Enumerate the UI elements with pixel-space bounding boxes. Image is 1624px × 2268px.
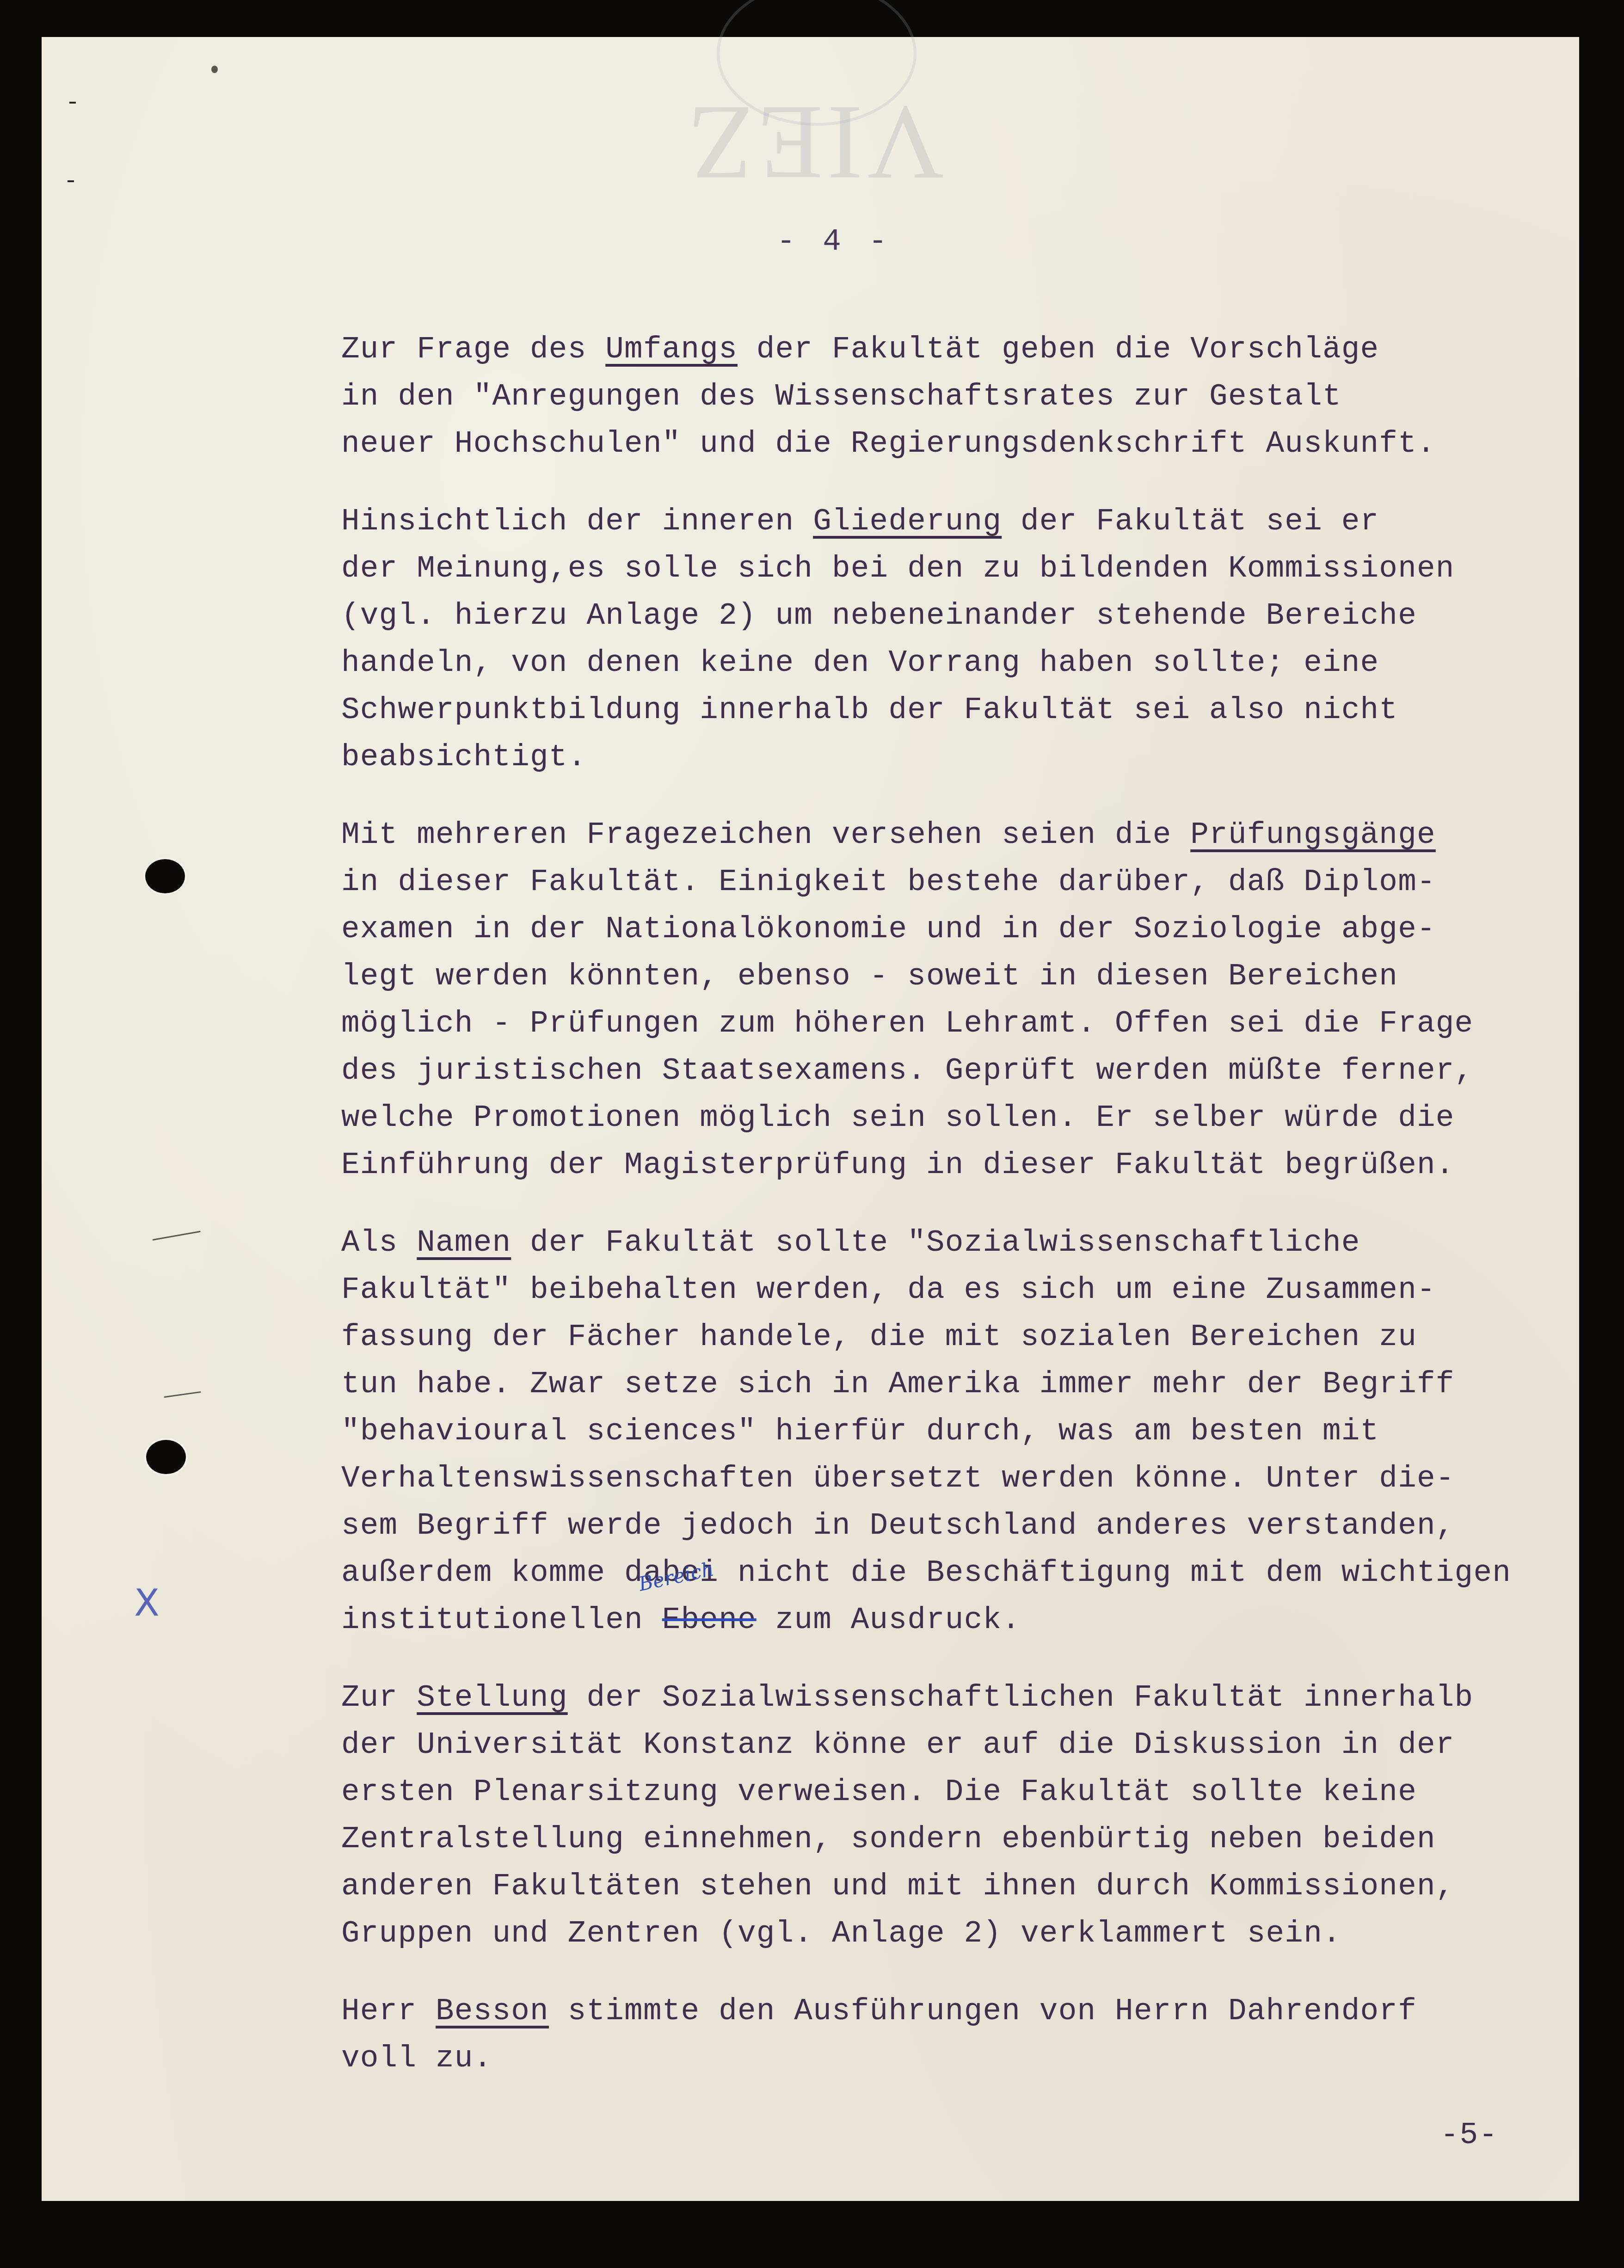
text-segment: der Meinung,es solle sich bei den zu bil…: [341, 551, 1455, 586]
text-segment: sem Begriff werde jedoch in Deutschland …: [341, 1508, 1455, 1543]
text-segment: in den "Anregungen des Wissenschaftsrate…: [341, 379, 1341, 414]
text-segment: der Sozialwissenschaftlichen Fakultät in…: [568, 1680, 1474, 1715]
punch-hole: [146, 1440, 186, 1474]
document-body: Zur Frage des Umfangs der Fakultät geben…: [341, 326, 1544, 2113]
text-segment: Zur Frage des: [341, 332, 605, 367]
text-segment: tun habe. Zwar setze sich in Amerika imm…: [341, 1367, 1455, 1401]
text-line: (vgl. hierzu Anlage 2) um nebeneinander …: [341, 592, 1544, 639]
text-line: in dieser Fakultät. Einigkeit bestehe da…: [341, 859, 1544, 906]
text-segment: legt werden könnten, ebenso - soweit in …: [341, 959, 1398, 994]
text-segment: anderen Fakultäten stehen und mit ihnen …: [341, 1869, 1455, 1904]
underlined-keyword: Stellung: [417, 1680, 567, 1715]
text-line: in den "Anregungen des Wissenschaftsrate…: [341, 373, 1544, 420]
text-segment: welche Promotionen möglich sein sollen. …: [341, 1100, 1455, 1135]
text-segment: außerdem komme dabei nicht die Beschäfti…: [341, 1555, 1511, 1590]
text-line: Gruppen und Zentren (vgl. Anlage 2) verk…: [341, 1910, 1544, 1957]
pencil-margin-mark: [164, 1391, 201, 1398]
text-segment: Mit mehreren Fragezeichen versehen seien…: [341, 817, 1190, 852]
underlined-keyword: Prüfungsgänge: [1190, 817, 1435, 852]
text-segment: Schwerpunktbildung innerhalb der Fakultä…: [341, 693, 1398, 727]
text-line: der Universität Konstanz könne er auf di…: [341, 1721, 1544, 1769]
text-segment: möglich - Prüfungen zum höheren Lehramt.…: [341, 1006, 1473, 1041]
text-line: Hinsichtlich der inneren Gliederung der …: [341, 498, 1544, 545]
text-line: Mit mehreren Fragezeichen versehen seien…: [341, 811, 1544, 859]
text-line: außerdem komme dabei nicht die Beschäfti…: [341, 1549, 1544, 1597]
text-segment: Verhaltenswissenschaften übersetzt werde…: [341, 1461, 1455, 1496]
text-segment: ersten Plenarsitzung verweisen. Die Faku…: [341, 1775, 1417, 1809]
text-line: voll zu.: [341, 2035, 1544, 2082]
text-segment: der Fakultät sei er: [1002, 504, 1379, 539]
text-segment: (vgl. hierzu Anlage 2) um nebeneinander …: [341, 598, 1417, 633]
watermark: VIEZ: [731, 65, 897, 222]
text-segment: Einführung der Magisterprüfung in dieser…: [341, 1148, 1455, 1182]
text-line: Schwerpunktbildung innerhalb der Fakultä…: [341, 687, 1544, 734]
text-line: institutionellen Ebene zum Ausdruck.: [341, 1597, 1544, 1644]
underlined-keyword: Namen: [417, 1225, 511, 1260]
text-segment: Fakultät" beibehalten werden, da es sich…: [341, 1272, 1436, 1307]
struck-through-word: Ebene: [662, 1603, 757, 1637]
text-line: welche Promotionen möglich sein sollen. …: [341, 1094, 1544, 1142]
text-segment: in dieser Fakultät. Einigkeit bestehe da…: [341, 865, 1436, 899]
text-line: der Meinung,es solle sich bei den zu bil…: [341, 545, 1544, 592]
margin-tick-mark: [68, 180, 74, 182]
text-segment: Gruppen und Zentren (vgl. Anlage 2) verk…: [341, 1916, 1341, 1951]
text-line: Zur Frage des Umfangs der Fakultät geben…: [341, 326, 1544, 373]
paper-speck: [211, 66, 218, 73]
text-line: Zentralstellung einnehmen, sondern ebenb…: [341, 1816, 1544, 1863]
text-segment: beabsichtigt.: [341, 740, 586, 774]
text-segment: examen in der Nationalökonomie und in de…: [341, 912, 1436, 947]
text-line: des juristischen Staatsexamens. Geprüft …: [341, 1047, 1544, 1094]
text-segment: der Universität Konstanz könne er auf di…: [341, 1727, 1455, 1762]
text-segment: neuer Hochschulen" und die Regierungsden…: [341, 426, 1436, 461]
text-segment: Zentralstellung einnehmen, sondern ebenb…: [341, 1822, 1436, 1856]
text-line: sem Begriff werde jedoch in Deutschland …: [341, 1502, 1544, 1549]
text-line: examen in der Nationalökonomie und in de…: [341, 906, 1544, 953]
text-segment: stimmte den Ausführungen von Herrn Dahre…: [549, 1994, 1417, 2028]
text-segment: institutionellen: [341, 1603, 662, 1637]
text-line: ersten Plenarsitzung verweisen. Die Faku…: [341, 1769, 1544, 1816]
x-margin-mark: X: [134, 1581, 160, 1624]
text-line: anderen Fakultäten stehen und mit ihnen …: [341, 1863, 1544, 1910]
text-line: Herr Besson stimmte den Ausführungen von…: [341, 1988, 1544, 2035]
underlined-keyword: Besson: [436, 1994, 549, 2028]
text-line: handeln, von denen keine den Vorrang hab…: [341, 639, 1544, 687]
punch-hole: [145, 859, 185, 893]
text-segment: "behavioural sciences" hierfür durch, wa…: [341, 1414, 1379, 1449]
paragraph-pruefungsgaenge: Mit mehreren Fragezeichen versehen seien…: [341, 811, 1544, 1189]
next-page-marker: -5-: [1440, 2118, 1498, 2152]
text-segment: handeln, von denen keine den Vorrang hab…: [341, 645, 1379, 680]
text-line: Einführung der Magisterprüfung in dieser…: [341, 1142, 1544, 1189]
text-line: Verhaltenswissenschaften übersetzt werde…: [341, 1455, 1544, 1502]
text-line: fassung der Fächer handele, die mit sozi…: [341, 1314, 1544, 1361]
text-line: beabsichtigt.: [341, 734, 1544, 781]
text-segment: der Fakultät geben die Vorschläge: [738, 332, 1379, 367]
margin-tick-mark: [69, 102, 76, 104]
text-segment: Als: [341, 1225, 417, 1260]
paragraph-stellung: Zur Stellung der Sozialwissenschaftliche…: [341, 1674, 1544, 1957]
text-line: möglich - Prüfungen zum höheren Lehramt.…: [341, 1000, 1544, 1047]
text-segment: voll zu.: [341, 2041, 492, 2076]
text-segment: Zur: [341, 1680, 417, 1715]
paragraph-umfang: Zur Frage des Umfangs der Fakultät geben…: [341, 326, 1544, 467]
text-line: neuer Hochschulen" und die Regierungsden…: [341, 420, 1544, 467]
text-segment: der Fakultät sollte "Sozialwissenschaftl…: [511, 1225, 1360, 1260]
text-segment: Herr: [341, 1994, 436, 2028]
text-line: Als Namen der Fakultät sollte "Sozialwis…: [341, 1219, 1544, 1266]
text-line: tun habe. Zwar setze sich in Amerika imm…: [341, 1361, 1544, 1408]
document-page: VIEZ X - 4 - Zur Frage des Umfangs der F…: [42, 37, 1579, 2201]
text-segment: des juristischen Staatsexamens. Geprüft …: [341, 1053, 1473, 1088]
text-line: Zur Stellung der Sozialwissenschaftliche…: [341, 1674, 1544, 1721]
text-line: Fakultät" beibehalten werden, da es sich…: [341, 1266, 1544, 1314]
underlined-keyword: Gliederung: [813, 504, 1002, 539]
text-line: legt werden könnten, ebenso - soweit in …: [341, 953, 1544, 1000]
text-segment: zum Ausdruck.: [757, 1603, 1021, 1637]
paragraph-name: Als Namen der Fakultät sollte "Sozialwis…: [341, 1219, 1544, 1644]
underlined-keyword: Umfangs: [605, 332, 738, 367]
page-number: - 4 -: [777, 224, 892, 259]
paragraph-gliederung: Hinsichtlich der inneren Gliederung der …: [341, 498, 1544, 781]
text-line: "behavioural sciences" hierfür durch, wa…: [341, 1408, 1544, 1455]
pencil-margin-mark: [153, 1231, 201, 1241]
paragraph-besson: Herr Besson stimmte den Ausführungen von…: [341, 1988, 1544, 2082]
text-segment: Hinsichtlich der inneren: [341, 504, 813, 539]
text-segment: fassung der Fächer handele, die mit sozi…: [341, 1320, 1417, 1354]
